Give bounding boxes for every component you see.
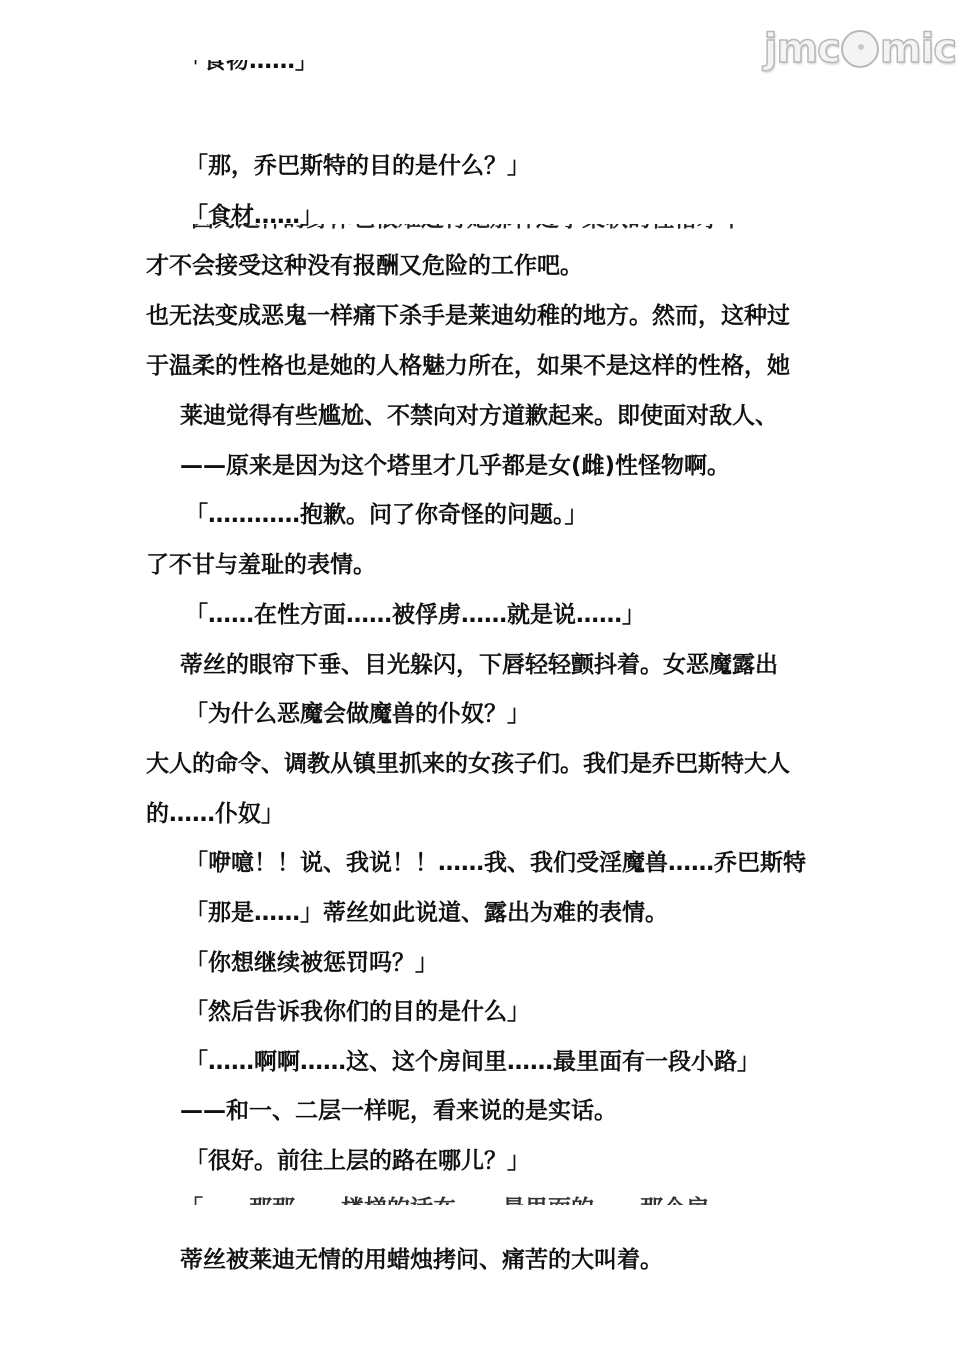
- text-line: 也无法变成恶鬼一样痛下杀手是莱迪幼稚的地方。然而，这种过: [146, 301, 790, 331]
- cut-off-bottom-line: 「……那那……楼梯的话在……最里面的……那个房间……」: [180, 1196, 780, 1205]
- text-line: 于温柔的性格也是她的人格魅力所在，如果不是这样的性格，她: [146, 351, 790, 381]
- text-line: 「……在性方面……被俘虏……就是说……」: [185, 600, 645, 630]
- text-line: 蒂丝的眼帘下垂、目光躲闪，下唇轻轻颤抖着。女恶魔露出: [180, 650, 778, 680]
- text-line: 「你想继续被惩罚吗？」: [185, 948, 438, 978]
- watermark-suffix: mic: [880, 26, 956, 72]
- watermark-prefix: jmc: [764, 26, 840, 72]
- text-line: 大人的命令、调教从镇里抓来的女孩子们。我们是乔巴斯特大人: [146, 749, 790, 779]
- text-line: 「那，乔巴斯特的目的是什么？」: [185, 151, 530, 181]
- text-line: 「很好。前往上层的路在哪儿？」: [185, 1146, 530, 1176]
- text-line: 了不甘与羞耻的表情。: [146, 550, 376, 580]
- text-line: 「咿噫！！说、我说！！……我、我们受淫魔兽……乔巴斯特: [185, 848, 806, 878]
- text-line: ——和一、二层一样呢，看来说的是实话。: [180, 1096, 617, 1126]
- cut-off-top-line: 「食物……」: [180, 60, 318, 78]
- mascot-face-icon: [841, 30, 879, 68]
- text-line: 「为什么恶魔会做魔兽的仆奴？」: [185, 699, 530, 729]
- text-line: ——原来是因为这个塔里才几乎都是女(雌)性怪物啊。: [180, 451, 730, 481]
- text-line: 的……仆奴」: [146, 799, 284, 829]
- text-line: 蒂丝被莱迪无情的用蜡烛拷问、痛苦的大叫着。: [180, 1245, 663, 1275]
- text-line: 才不会接受这种没有报酬又危险的工作吧。: [146, 251, 583, 281]
- text-line: 「那是……」蒂丝如此说道、露出为难的表情。: [185, 898, 668, 928]
- text-line: 「…………抱歉。问了你奇怪的问题。」: [185, 500, 588, 530]
- text-line: 莱迪觉得有些尴尬、不禁向对方道歉起来。即使面对敌人、: [180, 401, 778, 431]
- jmcomic-watermark-logo: jmc mic: [764, 26, 956, 72]
- text-line: 「……啊啊……这、这个房间里……最里面有一段小路」: [185, 1047, 760, 1077]
- text-line: 「然后告诉我你们的目的是什么」: [185, 997, 530, 1027]
- text-line: 「食材……」: [185, 201, 323, 231]
